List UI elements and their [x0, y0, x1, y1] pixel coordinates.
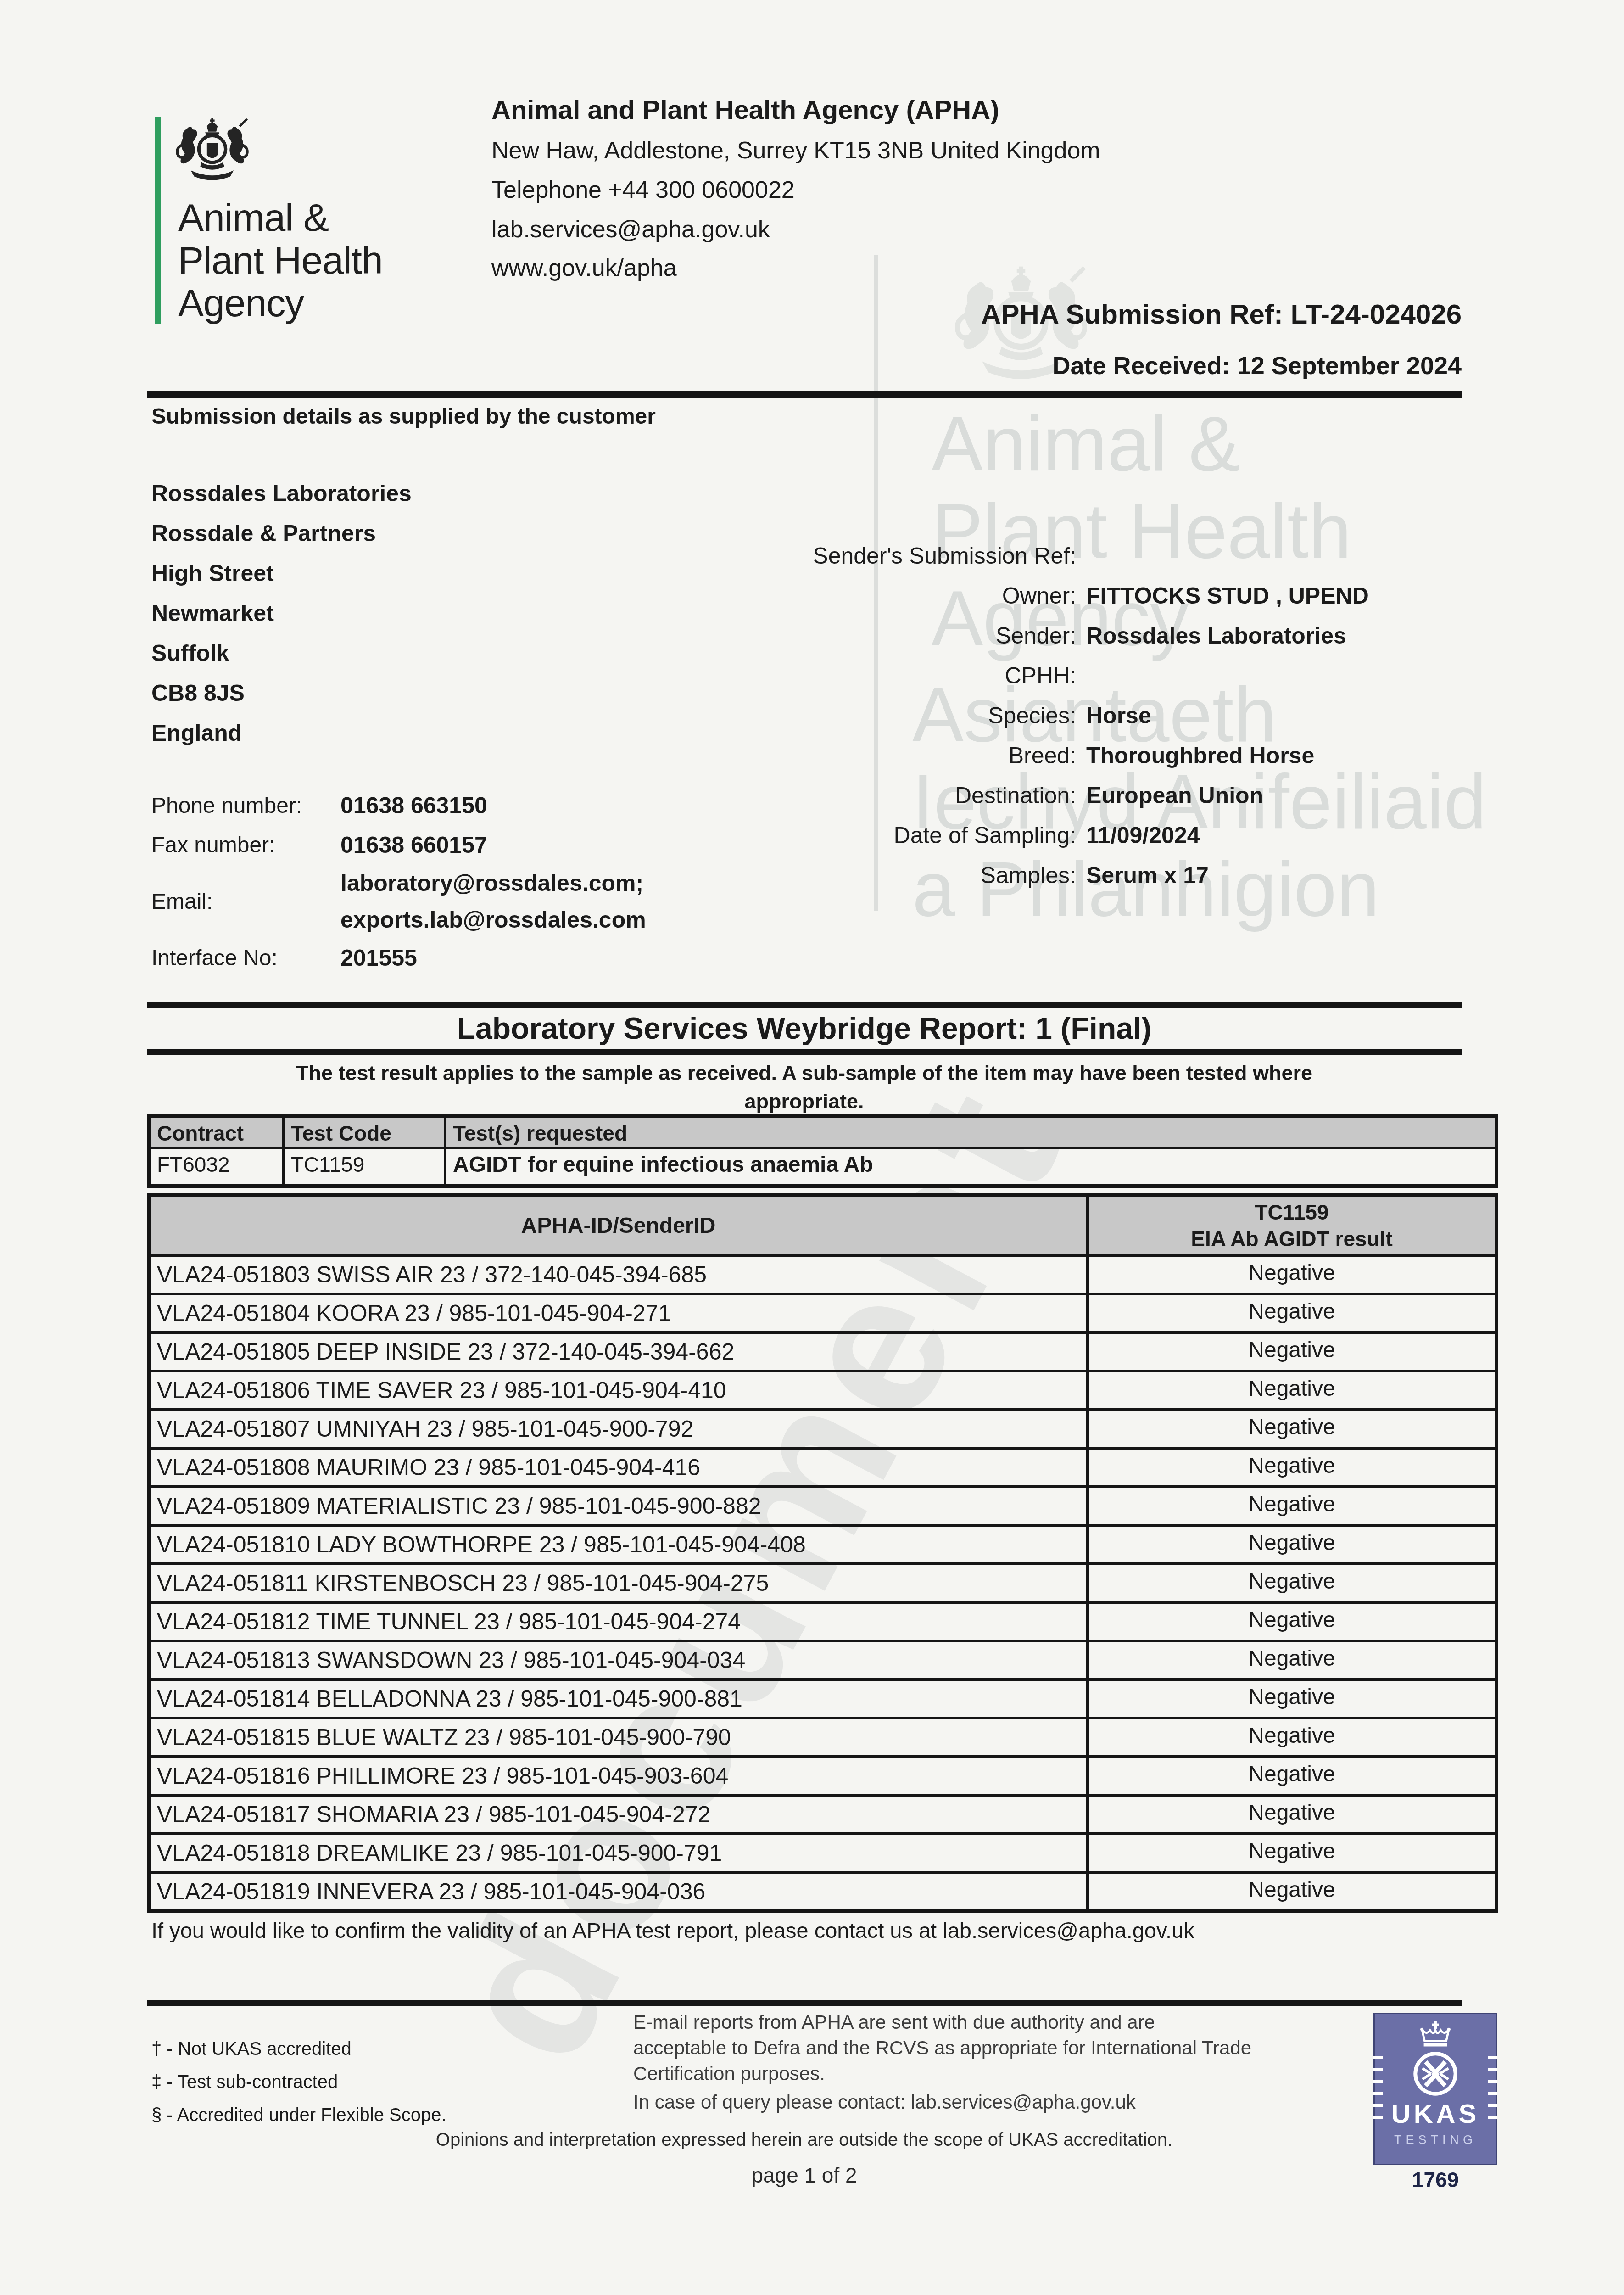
- result-row: VLA24-051809 MATERIALISTIC 23 / 985-101-…: [151, 1485, 1495, 1524]
- result-header-cell: TC1159 EIA Ab AGIDT result: [1089, 1197, 1495, 1254]
- sample-id-cell: VLA24-051805 DEEP INSIDE 23 / 372-140-04…: [151, 1334, 1089, 1370]
- text-line: Suffolk: [151, 633, 412, 673]
- detail-value: Serum x 17: [1086, 856, 1209, 896]
- sample-id-cell: VLA24-051808 MAURIMO 23 / 985-101-045-90…: [151, 1450, 1089, 1485]
- detail-value: 11/09/2024: [1086, 816, 1200, 856]
- footer-rule: [147, 2000, 1462, 2006]
- opinions-note: Opinions and interpretation expressed he…: [147, 2130, 1462, 2150]
- result-cell: Negative: [1089, 1681, 1495, 1717]
- result-row: VLA24-051807 UMNIYAH 23 / 985-101-045-90…: [151, 1408, 1495, 1447]
- ukas-wordmark: UKAS: [1391, 2099, 1479, 2129]
- text-line: Agency: [178, 282, 383, 325]
- contract-table-data-row: FT6032 TC1159 AGIDT for equine infectiou…: [151, 1147, 1495, 1184]
- result-cell: Negative: [1089, 1874, 1495, 1909]
- submission-detail-row: Date of Sampling: 11/09/2024: [776, 816, 1369, 856]
- result-cell: Negative: [1089, 1565, 1495, 1601]
- result-header-test-name: EIA Ab AGIDT result: [1191, 1226, 1393, 1252]
- submission-detail-row: Owner: FITTOCKS STUD , UPEND: [776, 576, 1369, 616]
- apha-id-header-cell: APHA-ID/SenderID: [151, 1197, 1089, 1254]
- apha-logo-wordmark: Animal &Plant HealthAgency: [178, 196, 383, 325]
- result-row: VLA24-051815 BLUE WALTZ 23 / 985-101-045…: [151, 1717, 1495, 1755]
- contact-label: Interface No:: [151, 946, 340, 971]
- result-row: VLA24-051813 SWANSDOWN 23 / 985-101-045-…: [151, 1640, 1495, 1678]
- submission-detail-row: Breed: Thoroughbred Horse: [776, 736, 1369, 776]
- agency-telephone: Telephone +44 300 0600022: [491, 176, 795, 204]
- sample-id-cell: VLA24-051819 INNEVERA 23 / 985-101-045-9…: [151, 1874, 1089, 1909]
- submission-detail-row: Sender: Rossdales Laboratories: [776, 616, 1369, 656]
- ukas-crown-icon: [1416, 2021, 1455, 2049]
- contact-value: 01638 660157: [340, 827, 487, 863]
- text-line: ‡ - Test sub-contracted: [151, 2065, 446, 2099]
- sample-id-cell: VLA24-051809 MATERIALISTIC 23 / 985-101-…: [151, 1488, 1089, 1524]
- contact-row: Fax number: 01638 660157: [151, 825, 646, 865]
- validity-note: If you would like to confirm the validit…: [151, 1918, 1194, 1943]
- results-table-body: VLA24-051803 SWISS AIR 23 / 372-140-045-…: [151, 1254, 1495, 1909]
- detail-label: Date of Sampling:: [776, 816, 1076, 856]
- result-row: VLA24-051816 PHILLIMORE 23 / 985-101-045…: [151, 1755, 1495, 1794]
- contact-value: laboratory@rossdales.com; exports.lab@ro…: [340, 865, 646, 938]
- report-note-line1: The test result applies to the sample as…: [147, 1061, 1462, 1085]
- submission-detail-row: Destination: European Union: [776, 776, 1369, 816]
- contact-value: 01638 663150: [340, 787, 487, 824]
- result-row: VLA24-051819 INNEVERA 23 / 985-101-045-9…: [151, 1871, 1495, 1909]
- divider-rule-top: [147, 391, 1462, 398]
- text-line: † - Not UKAS accredited: [151, 2032, 446, 2065]
- ukas-ruler-ticks-left: [1373, 2056, 1383, 2125]
- result-row: VLA24-051810 LADY BOWTHORPE 23 / 985-101…: [151, 1524, 1495, 1562]
- tests-requested-header-cell: Test(s) requested: [446, 1118, 1495, 1147]
- submission-detail-rows: Sender's Submission Ref: Owner: FITTOCKS…: [776, 536, 1369, 896]
- contact-label: Fax number:: [151, 833, 340, 858]
- result-cell: Negative: [1089, 1488, 1495, 1524]
- sample-id-cell: VLA24-051815 BLUE WALTZ 23 / 985-101-045…: [151, 1719, 1089, 1755]
- detail-label: Sender:: [776, 616, 1076, 656]
- detail-label: Samples:: [776, 856, 1076, 896]
- ukas-accreditation-badge: UKAS TESTING: [1373, 2013, 1497, 2165]
- sample-id-cell: VLA24-051816 PHILLIMORE 23 / 985-101-045…: [151, 1758, 1089, 1794]
- customer-contact-rows: Phone number: 01638 663150 Fax number: 0…: [151, 786, 646, 978]
- sample-id-cell: VLA24-051817 SHOMARIA 23 / 985-101-045-9…: [151, 1797, 1089, 1832]
- detail-label: Species:: [776, 696, 1076, 736]
- query-contact-note: In case of query please contact: lab.ser…: [633, 2091, 1136, 2113]
- submission-detail-row: Sender's Submission Ref:: [776, 536, 1369, 576]
- detail-value: FITTOCKS STUD , UPEND: [1086, 576, 1369, 616]
- result-cell: Negative: [1089, 1372, 1495, 1408]
- result-row: VLA24-051803 SWISS AIR 23 / 372-140-045-…: [151, 1254, 1495, 1293]
- scanned-lab-report-page: Animal &Plant HealthAgency AsiantaethIec…: [0, 0, 1624, 2295]
- result-cell: Negative: [1089, 1295, 1495, 1331]
- contact-label: Phone number:: [151, 793, 340, 818]
- detail-label: CPHH:: [776, 656, 1076, 696]
- result-row: VLA24-051812 TIME TUNNEL 23 / 985-101-04…: [151, 1601, 1495, 1640]
- text-line: Certification purposes.: [633, 2061, 1322, 2087]
- contract-table: Contract Test Code Test(s) requested FT6…: [147, 1114, 1498, 1188]
- contract-header-cell: Contract: [151, 1118, 285, 1147]
- submission-detail-row: CPHH:: [776, 656, 1369, 696]
- royal-crest-icon: [172, 118, 252, 185]
- sample-id-cell: VLA24-051814 BELLADONNA 23 / 985-101-045…: [151, 1681, 1089, 1717]
- text-line: Animal &: [178, 196, 383, 239]
- result-row: VLA24-051811 KIRSTENBOSCH 23 / 985-101-0…: [151, 1562, 1495, 1601]
- result-cell: Negative: [1089, 1411, 1495, 1447]
- text-line: Rossdale & Partners: [151, 514, 412, 554]
- page-number: page 1 of 2: [147, 2163, 1462, 2188]
- test-code-header-cell: Test Code: [285, 1118, 446, 1147]
- date-received: Date Received: 12 September 2024: [1053, 352, 1462, 380]
- contract-value-cell: FT6032: [151, 1149, 285, 1184]
- submission-section-title: Submission details as supplied by the cu…: [151, 404, 656, 429]
- ukas-emblem-icon: [1412, 2050, 1459, 2098]
- agency-address: New Haw, Addlestone, Surrey KT15 3NB Uni…: [491, 137, 1100, 164]
- agency-email: lab.services@apha.gov.uk: [491, 216, 770, 243]
- report-title-rule-top: [147, 1002, 1462, 1008]
- customer-address-block: Rossdales LaboratoriesRossdale & Partner…: [151, 474, 412, 753]
- text-line: CB8 8JS: [151, 673, 412, 713]
- sample-id-cell: VLA24-051812 TIME TUNNEL 23 / 985-101-04…: [151, 1604, 1089, 1640]
- text-line: acceptable to Defra and the RCVS as appr…: [633, 2035, 1322, 2061]
- result-cell: Negative: [1089, 1797, 1495, 1832]
- result-cell: Negative: [1089, 1642, 1495, 1678]
- detail-value: Rossdales Laboratories: [1086, 616, 1346, 656]
- sample-id-cell: VLA24-051810 LADY BOWTHORPE 23 / 985-101…: [151, 1527, 1089, 1562]
- ukas-accreditation-number: 1769: [1373, 2167, 1497, 2192]
- contact-row: Interface No: 201555: [151, 938, 646, 978]
- report-title: Laboratory Services Weybridge Report: 1 …: [147, 1011, 1462, 1046]
- contract-table-header-row: Contract Test Code Test(s) requested: [151, 1118, 1495, 1147]
- sample-id-cell: VLA24-051811 KIRSTENBOSCH 23 / 985-101-0…: [151, 1565, 1089, 1601]
- detail-value: European Union: [1086, 776, 1263, 816]
- apha-submission-ref: APHA Submission Ref: LT-24-024026: [981, 298, 1462, 330]
- text-line: High Street: [151, 554, 412, 593]
- result-row: VLA24-051805 DEEP INSIDE 23 / 372-140-04…: [151, 1331, 1495, 1370]
- contact-row: Email: laboratory@rossdales.com; exports…: [151, 865, 646, 938]
- text-line: Newmarket: [151, 593, 412, 633]
- result-row: VLA24-051804 KOORA 23 / 985-101-045-904-…: [151, 1293, 1495, 1331]
- detail-label: Destination:: [776, 776, 1076, 816]
- sample-id-cell: VLA24-051806 TIME SAVER 23 / 985-101-045…: [151, 1372, 1089, 1408]
- result-cell: Negative: [1089, 1719, 1495, 1755]
- sample-id-cell: VLA24-051813 SWANSDOWN 23 / 985-101-045-…: [151, 1642, 1089, 1678]
- results-table: APHA-ID/SenderID TC1159 EIA Ab AGIDT res…: [147, 1193, 1498, 1913]
- result-cell: Negative: [1089, 1334, 1495, 1370]
- detail-value: Horse: [1086, 696, 1151, 736]
- result-header-test-code: TC1159: [1255, 1199, 1328, 1226]
- result-row: VLA24-051818 DREAMLIKE 23 / 985-101-045-…: [151, 1832, 1495, 1871]
- result-cell: Negative: [1089, 1835, 1495, 1871]
- email-authority-note: E-mail reports from APHA are sent with d…: [633, 2010, 1322, 2087]
- text-line: Rossdales Laboratories: [151, 474, 412, 514]
- ukas-ruler-ticks-right: [1488, 2056, 1497, 2125]
- agency-website: www.gov.uk/apha: [491, 254, 677, 282]
- result-cell: Negative: [1089, 1450, 1495, 1485]
- detail-label: Breed:: [776, 736, 1076, 776]
- report-note-line2: appropriate.: [147, 1090, 1462, 1114]
- result-cell: Negative: [1089, 1257, 1495, 1293]
- text-line: § - Accredited under Flexible Scope.: [151, 2099, 446, 2132]
- accreditation-legend: † - Not UKAS accredited‡ - Test sub-cont…: [151, 2032, 446, 2132]
- detail-label: Owner:: [776, 576, 1076, 616]
- result-row: VLA24-051817 SHOMARIA 23 / 985-101-045-9…: [151, 1794, 1495, 1832]
- ukas-testing-label: TESTING: [1394, 2133, 1477, 2147]
- sample-id-cell: VLA24-051818 DREAMLIKE 23 / 985-101-045-…: [151, 1835, 1089, 1871]
- result-row: VLA24-051814 BELLADONNA 23 / 985-101-045…: [151, 1678, 1495, 1717]
- result-cell: Negative: [1089, 1758, 1495, 1794]
- text-line: Plant Health: [178, 239, 383, 282]
- contact-row: Phone number: 01638 663150: [151, 786, 646, 825]
- submission-detail-row: Samples: Serum x 17: [776, 856, 1369, 896]
- results-table-header-row: APHA-ID/SenderID TC1159 EIA Ab AGIDT res…: [151, 1197, 1495, 1254]
- result-cell: Negative: [1089, 1527, 1495, 1562]
- apha-logo-green-bar: [155, 117, 161, 324]
- text-line: England: [151, 713, 412, 753]
- sample-id-cell: VLA24-051803 SWISS AIR 23 / 372-140-045-…: [151, 1257, 1089, 1293]
- detail-value: Thoroughbred Horse: [1086, 736, 1314, 776]
- detail-label: Sender's Submission Ref:: [776, 536, 1076, 576]
- contact-value: 201555: [340, 940, 417, 976]
- report-title-rule-bottom: [147, 1049, 1462, 1055]
- result-row: VLA24-051808 MAURIMO 23 / 985-101-045-90…: [151, 1447, 1495, 1485]
- sample-id-cell: VLA24-051804 KOORA 23 / 985-101-045-904-…: [151, 1295, 1089, 1331]
- contact-label: Email:: [151, 889, 340, 914]
- text-line: E-mail reports from APHA are sent with d…: [633, 2010, 1322, 2035]
- test-code-value-cell: TC1159: [285, 1149, 446, 1184]
- result-cell: Negative: [1089, 1604, 1495, 1640]
- submission-detail-row: Species: Horse: [776, 696, 1369, 736]
- test-requested-value-cell: AGIDT for equine infectious anaemia Ab: [446, 1149, 1495, 1184]
- agency-title: Animal and Plant Health Agency (APHA): [491, 95, 999, 125]
- sample-id-cell: VLA24-051807 UMNIYAH 23 / 985-101-045-90…: [151, 1411, 1089, 1447]
- result-row: VLA24-051806 TIME SAVER 23 / 985-101-045…: [151, 1370, 1495, 1408]
